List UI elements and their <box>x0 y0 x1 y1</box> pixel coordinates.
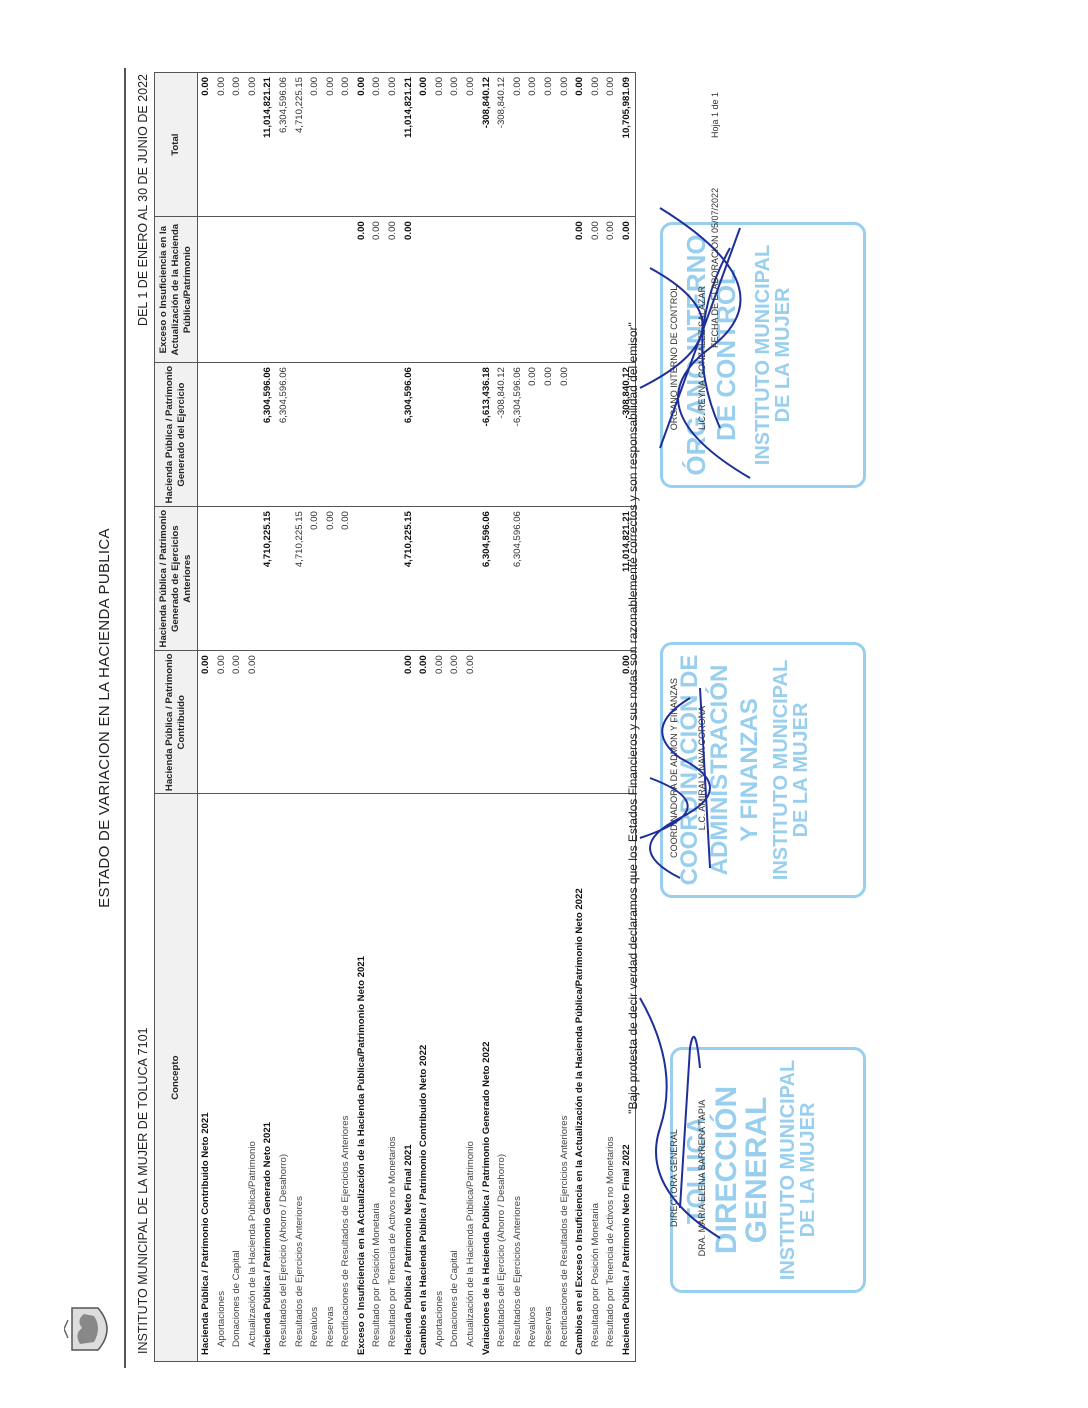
row-value <box>292 651 308 794</box>
row-value <box>510 217 526 363</box>
row-concept: Resultados del Ejercicio (Ahorro / Desah… <box>494 794 510 1362</box>
row-value <box>385 363 401 507</box>
row-value <box>338 217 354 363</box>
stamp-line: INSTITUTO MUNICIPAL <box>778 1050 798 1290</box>
row-value: 0.00 <box>307 507 323 651</box>
row-value: 0.00 <box>214 73 230 217</box>
row-value: 11,014,821.21 <box>260 73 276 217</box>
row-value <box>525 507 541 651</box>
row-value: 6,304,596.06 <box>401 363 417 507</box>
reporting-period: DEL 1 DE ENERO AL 30 DE JUNIO DE 2022 <box>136 74 150 326</box>
row-concept: Variaciones de la Hacienda Pública / Pat… <box>479 794 495 1362</box>
row-value: 0.00 <box>416 73 432 217</box>
table-row: Hacienda Pública / Patrimonio Generado N… <box>260 73 276 1362</box>
row-value <box>323 363 339 507</box>
table-row: Hacienda Pública / Patrimonio Contribuid… <box>197 73 213 1362</box>
row-value: 0.00 <box>463 651 479 794</box>
table-row: Exceso o Insuficiencia en la Actualizaci… <box>354 73 370 1362</box>
row-value <box>447 217 463 363</box>
row-value: 0.00 <box>557 363 573 507</box>
variation-table: Concepto Hacienda Pública / Patrimonio C… <box>154 72 636 1362</box>
table-body: Hacienda Pública / Patrimonio Contribuid… <box>197 73 635 1362</box>
row-concept: Resultado por Posición Monetaria <box>369 794 385 1362</box>
row-value <box>229 217 245 363</box>
document-title: ESTADO DE VARIACION EN LA HACIENDA PUBLI… <box>96 68 113 1368</box>
row-value <box>432 217 448 363</box>
row-value <box>494 507 510 651</box>
table-row: Hacienda Pública / Patrimonio Neto Final… <box>401 73 417 1362</box>
table-header-row: Concepto Hacienda Pública / Patrimonio C… <box>155 73 198 1362</box>
row-concept: Resultado por Tenencia de Activos no Mon… <box>385 794 401 1362</box>
row-concept: Cambios en el Exceso o Insuficiencia en … <box>572 794 588 1362</box>
document-page: ESTADO DE VARIACION EN LA HACIENDA PUBLI… <box>60 68 920 1368</box>
row-value: 0.00 <box>432 651 448 794</box>
row-value <box>354 507 370 651</box>
stamp-line: INSTITUTO MUNICIPAL <box>771 645 791 895</box>
table-row: Resultado por Posición Monetaria0.000.00 <box>588 73 604 1362</box>
row-value <box>369 651 385 794</box>
row-value: 4,710,225.15 <box>260 507 276 651</box>
table-row: Resultado por Tenencia de Activos no Mon… <box>385 73 401 1362</box>
handwritten-signature-icon <box>620 668 740 898</box>
row-concept: Resultado por Posición Monetaria <box>588 794 604 1362</box>
row-value: 11,014,821.21 <box>401 73 417 217</box>
row-value <box>323 217 339 363</box>
row-concept: Revalúos <box>307 794 323 1362</box>
column-header-total: Total <box>155 73 198 217</box>
row-value <box>525 217 541 363</box>
row-value: 0.00 <box>525 363 541 507</box>
stamp-line: GENERAL <box>742 1050 772 1290</box>
row-value: 0.00 <box>588 217 604 363</box>
row-value: 0.00 <box>432 73 448 217</box>
table-row: Resultados de Ejercicios Anteriores6,304… <box>510 73 526 1362</box>
row-value <box>260 217 276 363</box>
row-value: 0.00 <box>197 73 213 217</box>
row-concept: Donaciones de Capital <box>229 794 245 1362</box>
table-row: Aportaciones0.000.00 <box>214 73 230 1362</box>
row-concept: Cambios en la Hacienda Pública / Patrimo… <box>416 794 432 1362</box>
table-row: Resultados del Ejercicio (Ahorro / Desah… <box>494 73 510 1362</box>
table-row: Actualización de la Hacienda Pública/Pat… <box>463 73 479 1362</box>
row-value: 0.00 <box>385 73 401 217</box>
row-concept: Aportaciones <box>214 794 230 1362</box>
row-value <box>603 507 619 651</box>
row-value <box>307 363 323 507</box>
row-value: 6,304,596.06 <box>276 363 292 507</box>
row-value <box>369 363 385 507</box>
row-concept: Revalúos <box>525 794 541 1362</box>
row-value <box>416 363 432 507</box>
row-value: 0.00 <box>525 73 541 217</box>
row-value: 0.00 <box>572 217 588 363</box>
table-row: Resultado por Tenencia de Activos no Mon… <box>603 73 619 1362</box>
row-concept: Donaciones de Capital <box>447 794 463 1362</box>
stamp-line: DE LA MUJER <box>791 645 811 895</box>
table-row: Resultados de Ejercicios Anteriores4,710… <box>292 73 308 1362</box>
row-value <box>463 507 479 651</box>
row-value: 0.00 <box>354 217 370 363</box>
table-row: Rectificaciones de Resultados de Ejercic… <box>338 73 354 1362</box>
row-value <box>572 363 588 507</box>
column-header-contribuido: Hacienda Pública / Patrimonio Contribuid… <box>155 651 198 794</box>
row-concept: Resultados del Ejercicio (Ahorro / Desah… <box>276 794 292 1362</box>
row-value <box>416 507 432 651</box>
row-value <box>197 217 213 363</box>
row-value <box>276 651 292 794</box>
row-value: 4,710,225.15 <box>292 73 308 217</box>
row-value: -6,304,596.06 <box>510 363 526 507</box>
row-value <box>276 507 292 651</box>
table-row: Reservas0.000.00 <box>323 73 339 1362</box>
row-value <box>525 651 541 794</box>
table-row: Rectificaciones de Resultados de Ejercic… <box>557 73 573 1362</box>
row-value <box>229 507 245 651</box>
row-concept: Rectificaciones de Resultados de Ejercic… <box>338 794 354 1362</box>
row-value <box>557 651 573 794</box>
row-value: 0.00 <box>323 507 339 651</box>
header-rule <box>124 68 126 1368</box>
stamp-line: DE LA MUJER <box>773 225 793 485</box>
row-value <box>603 651 619 794</box>
row-concept: Actualización de la Hacienda Pública/Pat… <box>245 794 261 1362</box>
row-value <box>214 507 230 651</box>
row-value <box>603 363 619 507</box>
row-value: 0.00 <box>214 651 230 794</box>
column-header-generado-ejercicio: Hacienda Pública / Patrimonio Generado d… <box>155 363 198 507</box>
row-value: 0.00 <box>354 73 370 217</box>
row-value: 0.00 <box>557 73 573 217</box>
table-row: Revalúos0.000.00 <box>307 73 323 1362</box>
table-row: Reservas0.000.00 <box>541 73 557 1362</box>
row-value <box>307 651 323 794</box>
row-value <box>588 651 604 794</box>
stamp-line: DE LA MUJER <box>798 1050 818 1290</box>
table-row: Cambios en el Exceso o Insuficiencia en … <box>572 73 588 1362</box>
row-value <box>385 507 401 651</box>
row-value <box>588 507 604 651</box>
row-value: 0.00 <box>447 651 463 794</box>
row-value <box>479 651 495 794</box>
row-value <box>354 363 370 507</box>
row-value <box>479 217 495 363</box>
row-value <box>338 651 354 794</box>
row-value: 6,304,596.06 <box>276 73 292 217</box>
row-value: 0.00 <box>369 73 385 217</box>
row-value: -308,840.12 <box>494 363 510 507</box>
row-value <box>197 363 213 507</box>
row-concept: Exceso o Insuficiencia en la Actualizaci… <box>354 794 370 1362</box>
elaboration-date: FECHA DE ELABORACION 05/07/2022 <box>710 188 720 348</box>
row-value: 4,710,225.15 <box>292 507 308 651</box>
row-value: -308,840.12 <box>494 73 510 217</box>
row-value <box>323 651 339 794</box>
row-value: -6,613,436.18 <box>479 363 495 507</box>
row-value <box>432 507 448 651</box>
row-value <box>245 363 261 507</box>
row-value <box>572 651 588 794</box>
row-value <box>447 507 463 651</box>
row-value <box>307 217 323 363</box>
row-value <box>494 651 510 794</box>
page-indicator: Hoja 1 de 1 <box>710 92 720 138</box>
row-value <box>541 651 557 794</box>
row-concept: Rectificaciones de Resultados de Ejercic… <box>557 794 573 1362</box>
row-concept: Actualización de la Hacienda Pública/Pat… <box>463 794 479 1362</box>
row-value: 6,304,596.06 <box>260 363 276 507</box>
institution-name: INSTITUTO MUNICIPAL DE LA MUJER DE TOLUC… <box>136 1028 150 1354</box>
row-value <box>447 363 463 507</box>
row-concept: Resultados de Ejercicios Anteriores <box>510 794 526 1362</box>
row-value: 0.00 <box>572 73 588 217</box>
table-row: Resultados del Ejercicio (Ahorro / Desah… <box>276 73 292 1362</box>
row-value: 0.00 <box>338 73 354 217</box>
row-value <box>338 363 354 507</box>
column-header-concept: Concepto <box>155 794 198 1362</box>
row-concept: Resultados de Ejercicios Anteriores <box>292 794 308 1362</box>
row-concept: Aportaciones <box>432 794 448 1362</box>
row-concept: Hacienda Pública / Patrimonio Generado N… <box>260 794 276 1362</box>
row-value <box>197 507 213 651</box>
table-row: Revalúos0.000.00 <box>525 73 541 1362</box>
row-value: -308,840.12 <box>479 73 495 217</box>
row-value: 4,710,225.15 <box>401 507 417 651</box>
row-value: 0.00 <box>401 217 417 363</box>
row-value <box>292 363 308 507</box>
row-value: 0.00 <box>229 651 245 794</box>
row-value: 6,304,596.06 <box>510 507 526 651</box>
row-value <box>432 363 448 507</box>
column-header-exceso-insuficiencia: Exceso o Insuficiencia en la Actualizaci… <box>155 217 198 363</box>
row-value <box>416 217 432 363</box>
handwritten-signature-icon <box>620 988 730 1248</box>
row-value: 0.00 <box>541 363 557 507</box>
row-value <box>276 217 292 363</box>
row-value <box>557 217 573 363</box>
row-value <box>557 507 573 651</box>
row-value <box>588 363 604 507</box>
row-value: 0.00 <box>416 651 432 794</box>
row-value <box>369 507 385 651</box>
row-value: 0.00 <box>541 73 557 217</box>
row-value: 0.00 <box>588 73 604 217</box>
row-concept: Reservas <box>541 794 557 1362</box>
row-value: 0.00 <box>603 217 619 363</box>
row-value: 0.00 <box>245 651 261 794</box>
row-value: 0.00 <box>245 73 261 217</box>
row-value <box>245 507 261 651</box>
row-value: 0.00 <box>323 73 339 217</box>
row-value: 0.00 <box>369 217 385 363</box>
row-value <box>385 651 401 794</box>
row-value <box>510 651 526 794</box>
row-value <box>541 507 557 651</box>
row-value: 0.00 <box>401 651 417 794</box>
row-value: 6,304,596.06 <box>479 507 495 651</box>
column-header-generado-anteriores: Hacienda Pública / Patrimonio Generado d… <box>155 507 198 651</box>
table-row: Donaciones de Capital0.000.00 <box>229 73 245 1362</box>
row-value <box>229 363 245 507</box>
row-value <box>463 363 479 507</box>
row-value <box>541 217 557 363</box>
row-value: 0.00 <box>229 73 245 217</box>
row-value: 0.00 <box>463 73 479 217</box>
row-value: 0.00 <box>338 507 354 651</box>
row-value <box>214 363 230 507</box>
row-concept: Hacienda Pública / Patrimonio Contribuid… <box>197 794 213 1362</box>
row-value: 0.00 <box>447 73 463 217</box>
row-concept: Reservas <box>323 794 339 1362</box>
table-row: Actualización de la Hacienda Pública/Pat… <box>245 73 261 1362</box>
handwritten-signature-icon <box>620 188 770 488</box>
row-value <box>214 217 230 363</box>
row-value <box>463 217 479 363</box>
row-concept: Resultado por Tenencia de Activos no Mon… <box>603 794 619 1362</box>
table-row: Resultado por Posición Monetaria0.000.00 <box>369 73 385 1362</box>
row-value <box>292 217 308 363</box>
table-row: Donaciones de Capital0.000.00 <box>447 73 463 1362</box>
row-value <box>354 651 370 794</box>
row-value: 0.00 <box>385 217 401 363</box>
table-row: Cambios en la Hacienda Pública / Patrimo… <box>416 73 432 1362</box>
row-value <box>572 507 588 651</box>
row-value: 0.00 <box>197 651 213 794</box>
row-value <box>245 217 261 363</box>
table-row: Variaciones de la Hacienda Pública / Pat… <box>479 73 495 1362</box>
row-value <box>494 217 510 363</box>
row-concept: Hacienda Pública / Patrimonio Neto Final… <box>401 794 417 1362</box>
row-value: 0.00 <box>603 73 619 217</box>
row-value: 0.00 <box>510 73 526 217</box>
table-row: Aportaciones0.000.00 <box>432 73 448 1362</box>
row-value <box>260 651 276 794</box>
row-value: 0.00 <box>307 73 323 217</box>
